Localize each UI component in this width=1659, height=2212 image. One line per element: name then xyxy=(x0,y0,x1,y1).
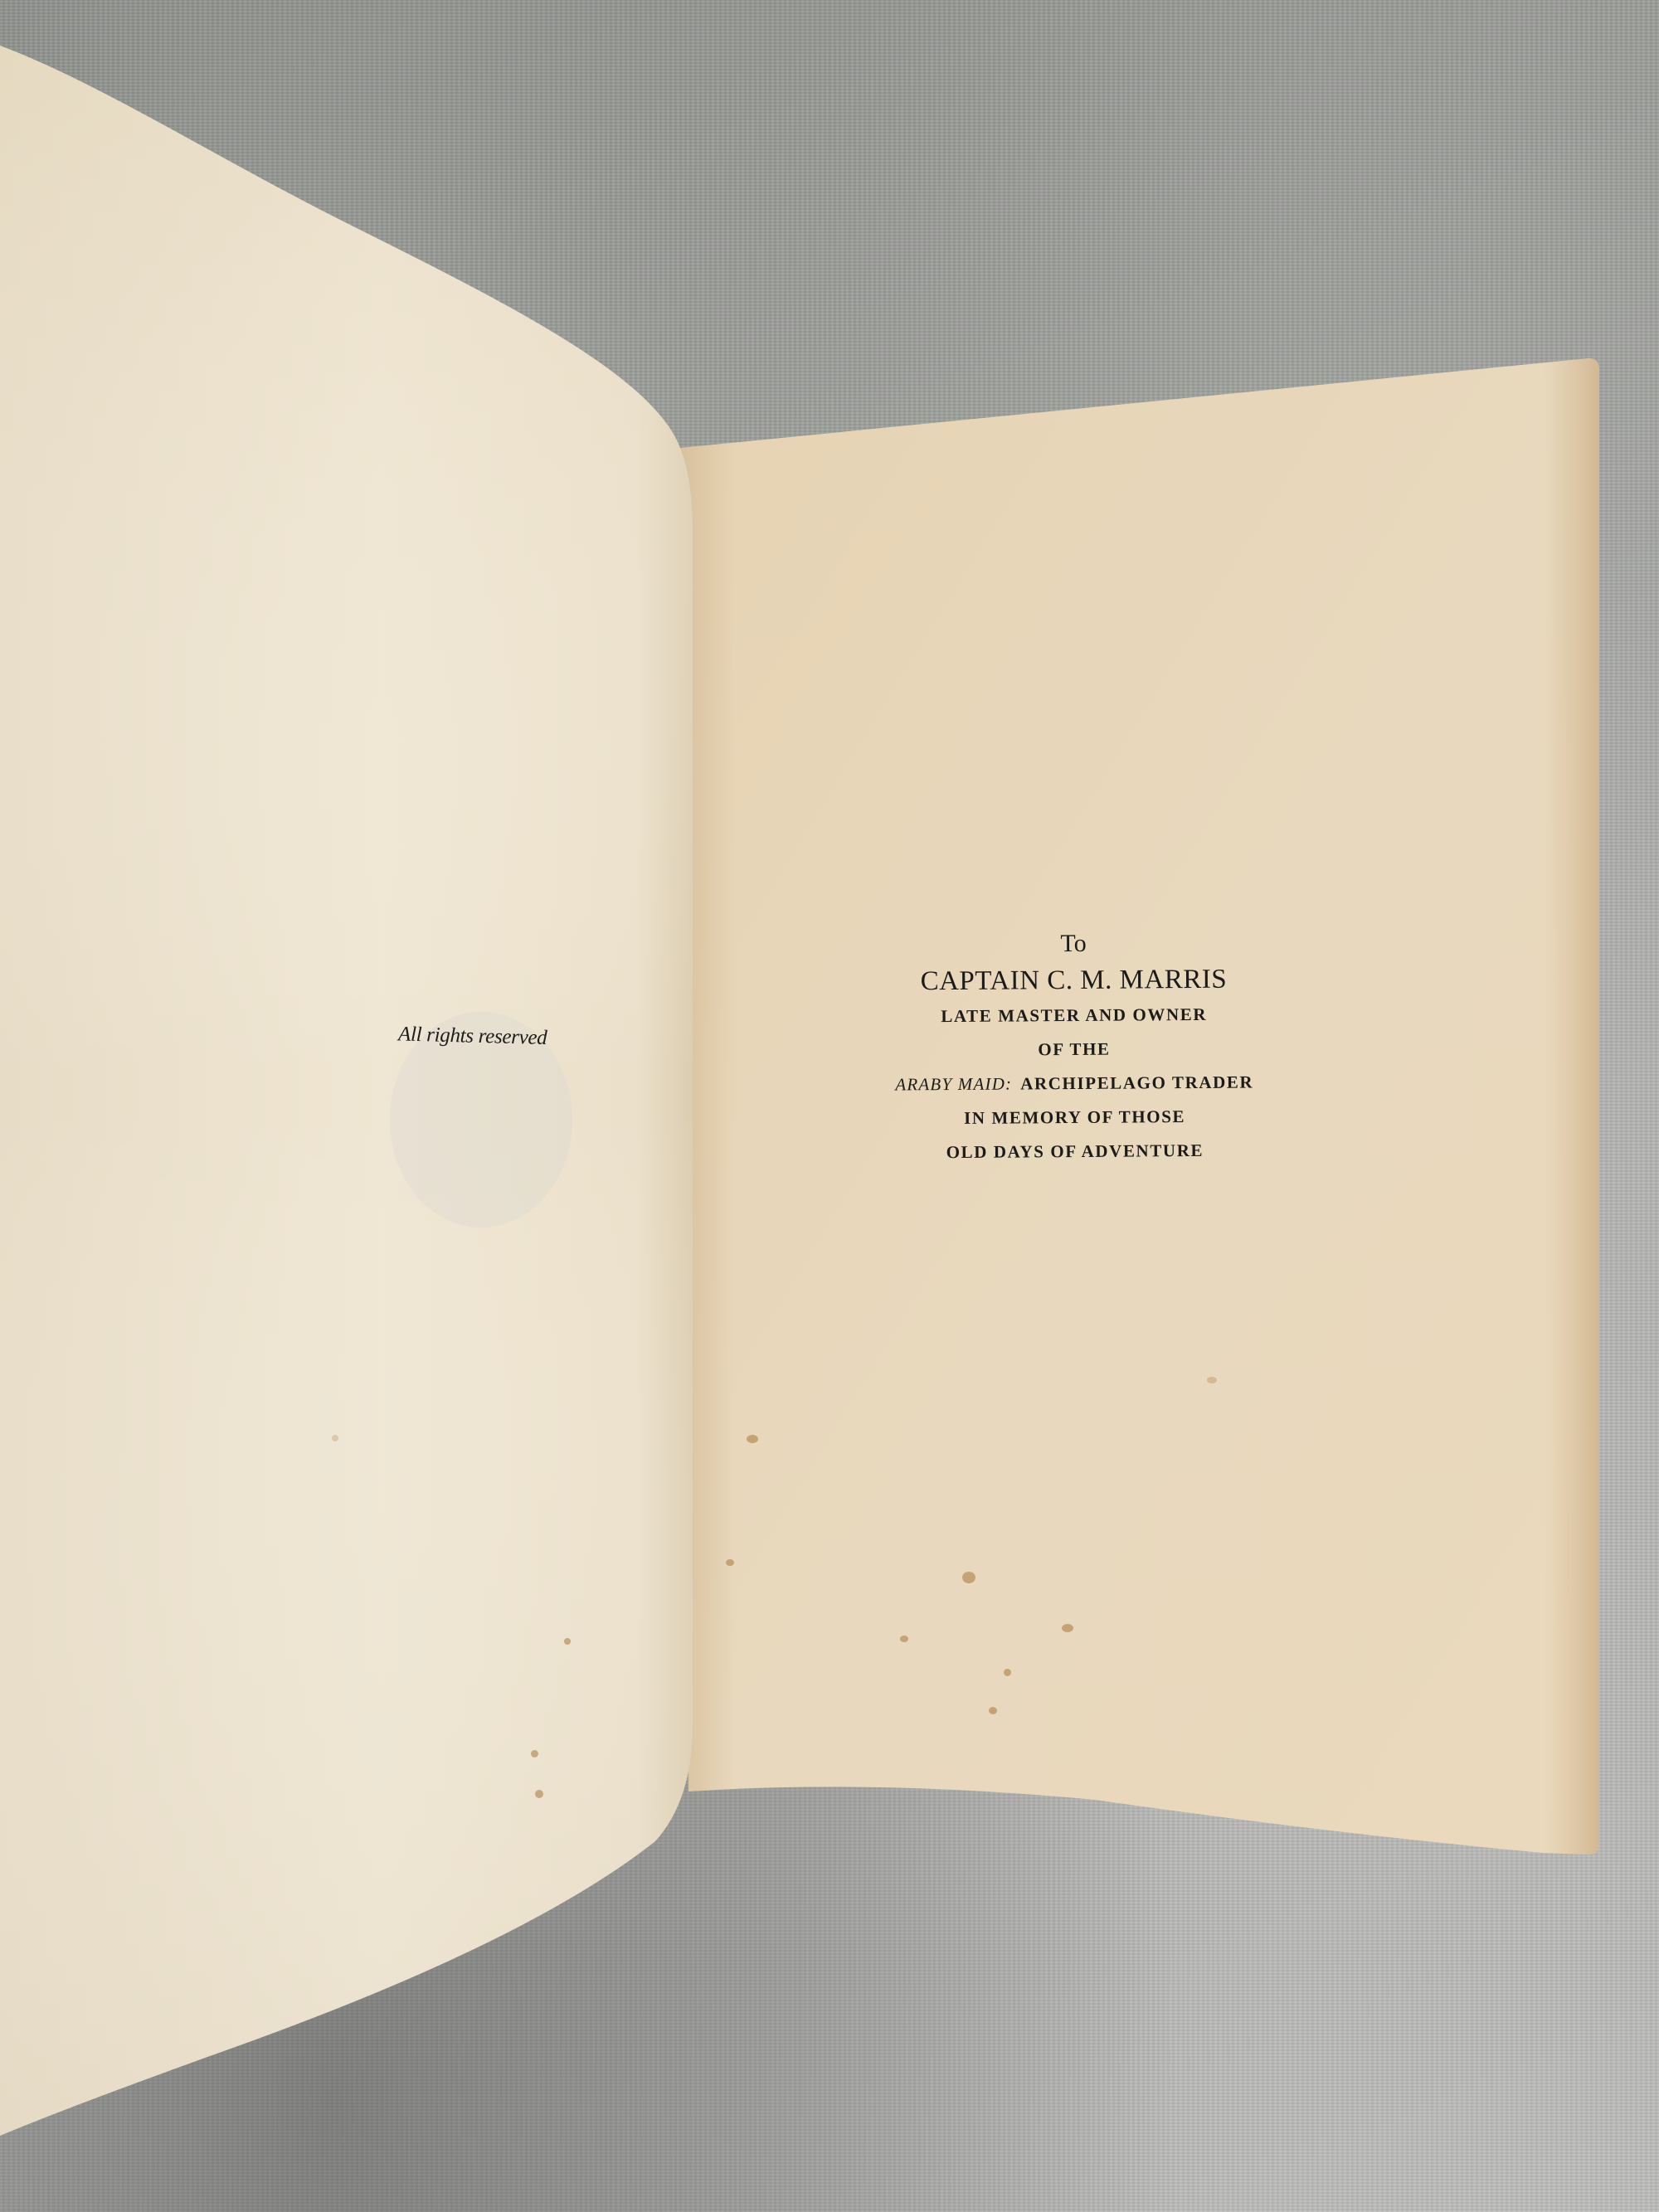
foxing-spot xyxy=(1062,1624,1073,1632)
foxing-spot xyxy=(962,1572,975,1583)
dedication-name: CAPTAIN C. M. MARRIS xyxy=(854,962,1293,1005)
dedication-line-4: IN MEMORY OF THOSE xyxy=(854,1104,1294,1141)
copyright-notice: All rights reserved xyxy=(398,1023,565,1050)
foxing-spot xyxy=(332,1435,338,1441)
foxing-spot xyxy=(564,1638,571,1645)
foxing-spot xyxy=(726,1559,734,1566)
foxing-spot xyxy=(747,1435,758,1443)
ship-name: ARABY MAID: xyxy=(895,1074,1012,1095)
dedication-line-1: LATE MASTER AND OWNER xyxy=(854,1002,1294,1039)
foxing-spot xyxy=(1207,1377,1217,1383)
foxing-spot xyxy=(535,1790,543,1798)
foxing-spot xyxy=(989,1707,997,1714)
foxing-spot xyxy=(531,1750,538,1757)
page-text-layer: All rights reserved To CAPTAIN C. M. MAR… xyxy=(0,0,1659,2212)
dedication-block: To CAPTAIN C. M. MARRIS LATE MASTER AND … xyxy=(854,926,1295,1175)
dedication-line-5: OLD DAYS OF ADVENTURE xyxy=(855,1138,1295,1175)
dedication-line-2: OF THE xyxy=(854,1036,1294,1073)
foxing-spot xyxy=(900,1636,908,1642)
dedication-to: To xyxy=(854,926,1293,965)
ship-description: ARCHIPELAGO TRADER xyxy=(1020,1072,1253,1093)
dedication-line-3: ARABY MAID:ARCHIPELAGO TRADER xyxy=(854,1070,1294,1107)
foxing-spot xyxy=(1004,1669,1011,1676)
